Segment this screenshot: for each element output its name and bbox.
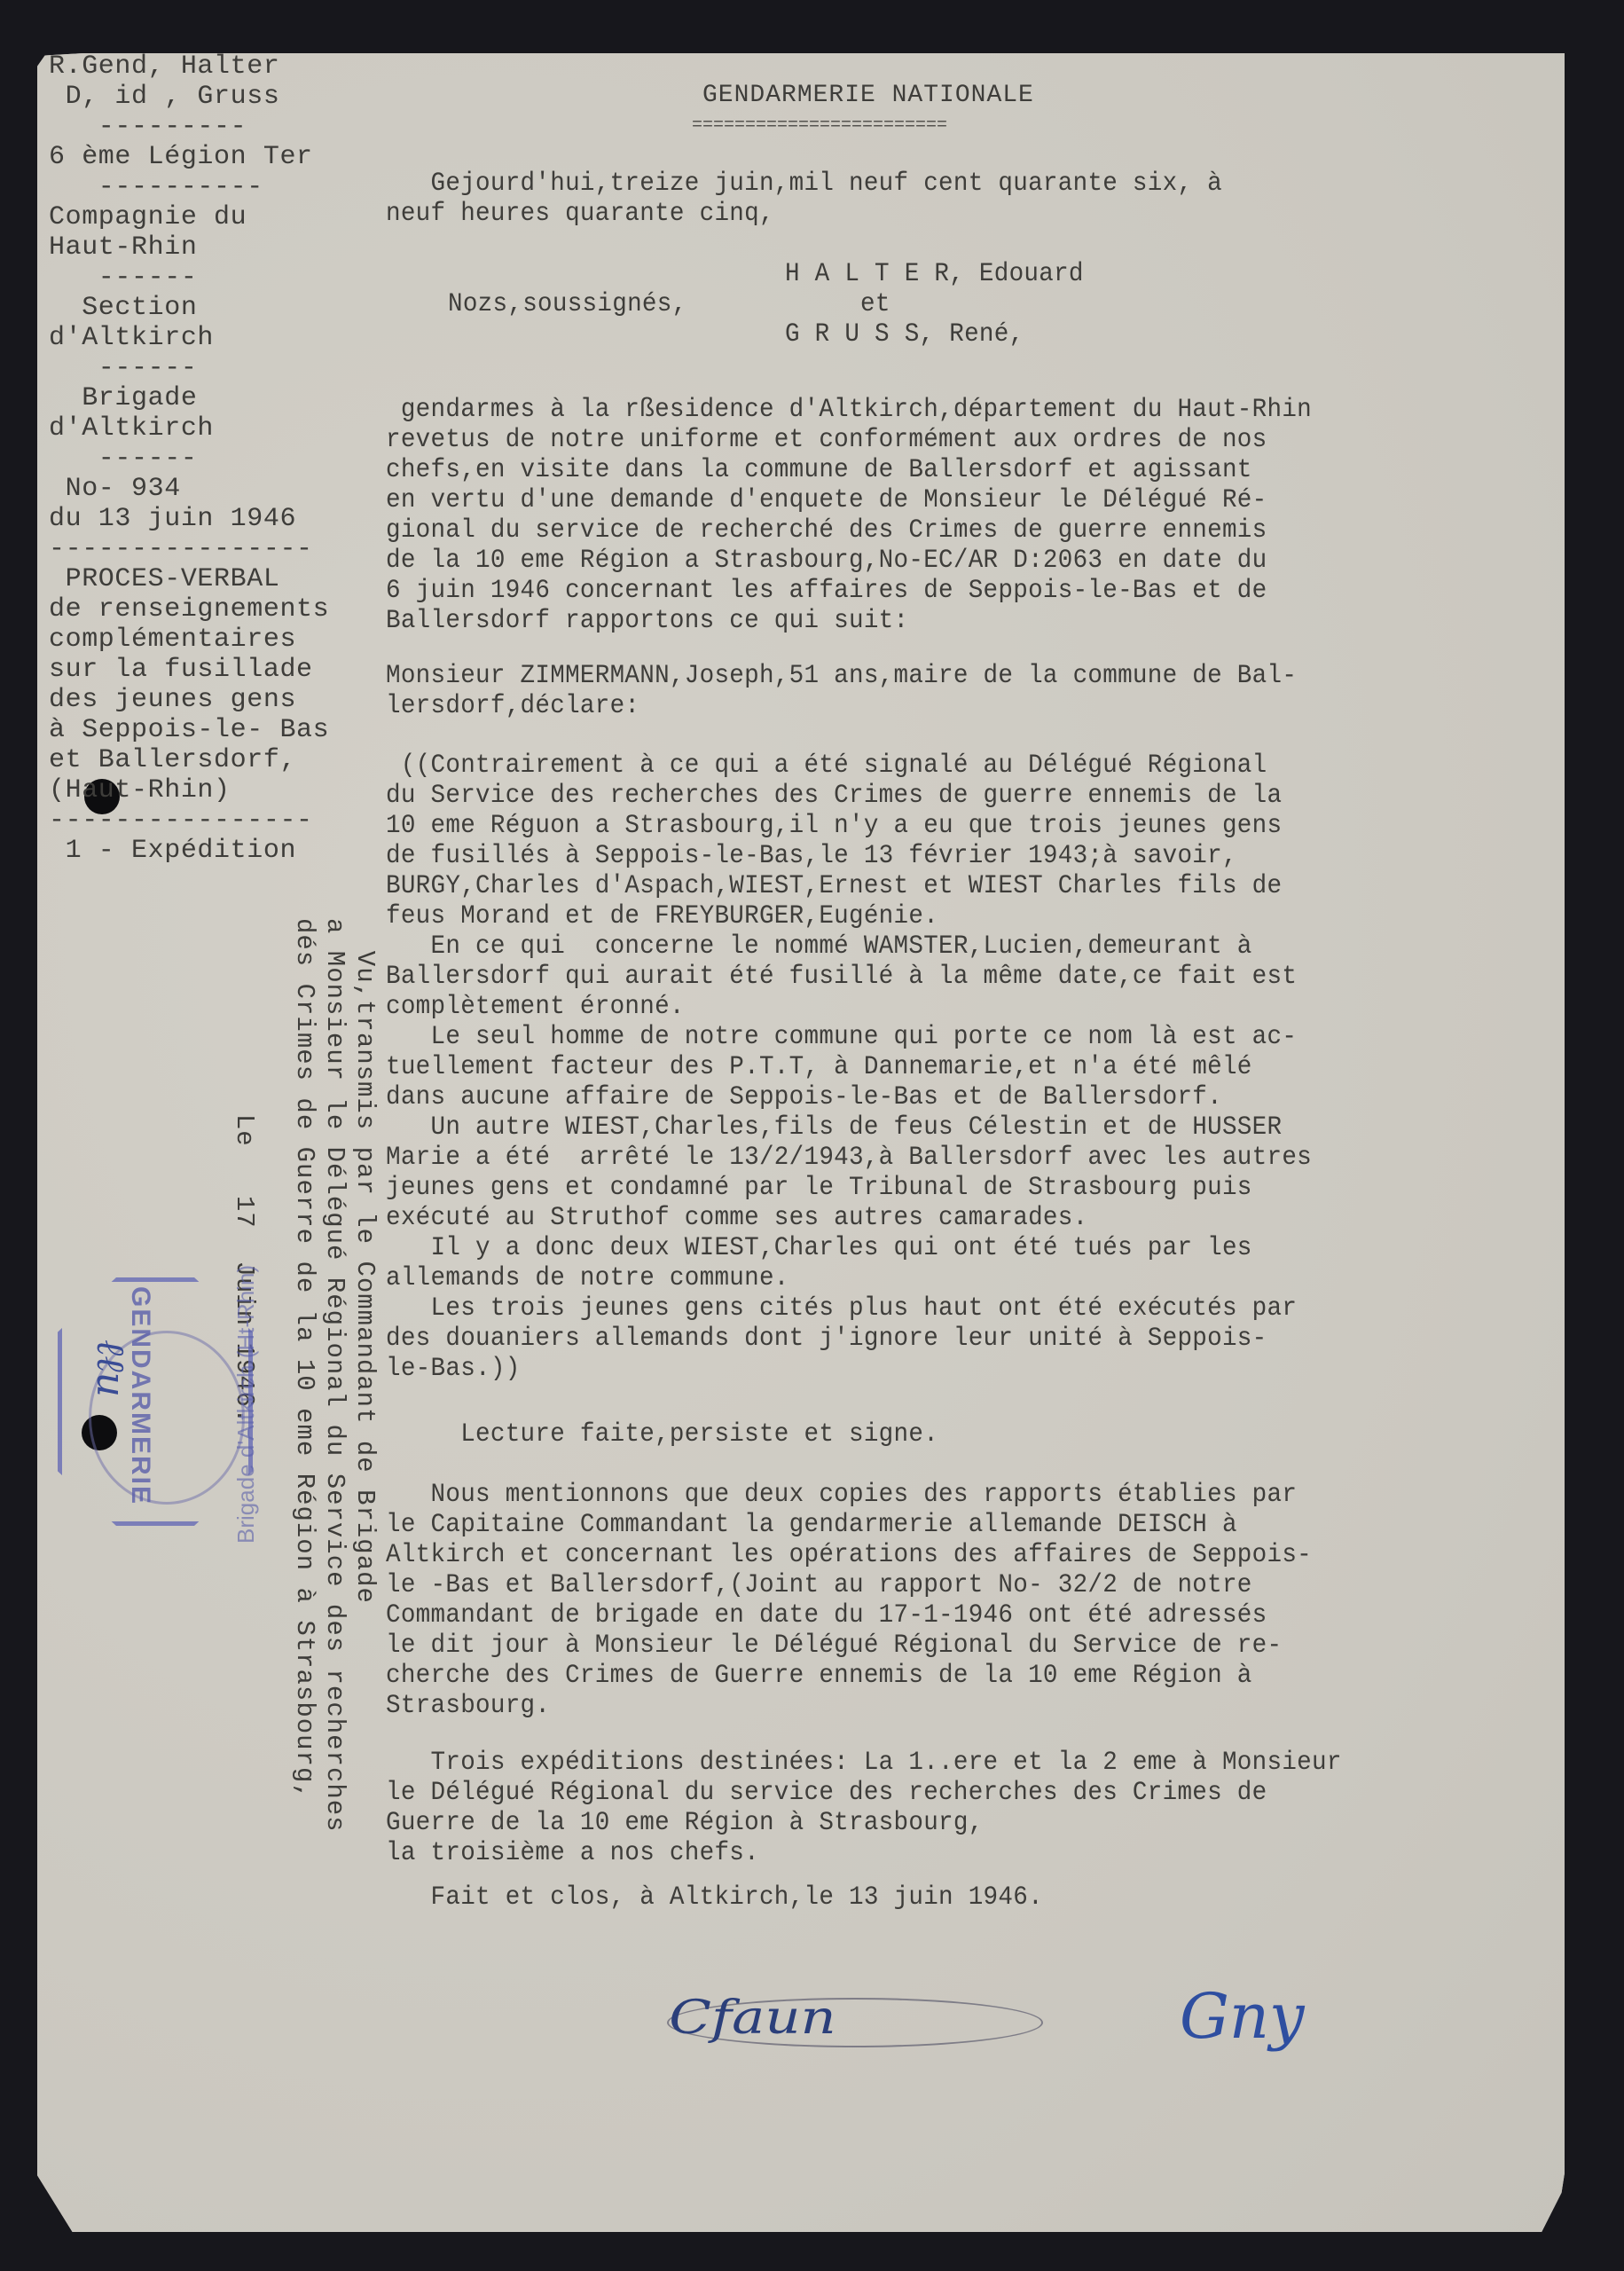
body-line: Monsieur ZIMMERMANN,Joseph,51 ans,maire … bbox=[386, 661, 1297, 691]
left-margin-line: PROCES-VERBAL bbox=[49, 564, 329, 594]
body-line: Fait et clos, à Altkirch,le 13 juin 1946… bbox=[386, 1882, 1043, 1913]
left-margin-line: ------ bbox=[49, 353, 329, 383]
left-margin-line: D, id , Gruss bbox=[49, 82, 329, 112]
left-margin-line: 1 - Expédition bbox=[49, 836, 329, 866]
body-line: complètement éronné. bbox=[386, 992, 685, 1022]
left-margin-line: R.Gend, Halter bbox=[49, 51, 329, 82]
body-line: Le seul homme de notre commune qui porte… bbox=[386, 1022, 1297, 1052]
left-margin-line: 6 ème Légion Ter bbox=[49, 142, 329, 172]
signature-halter: Cfaun bbox=[669, 1992, 836, 2045]
body-line: ((Contrairement à ce qui a été signalé a… bbox=[386, 750, 1267, 781]
left-margin-line: d'Altkirch bbox=[49, 413, 329, 444]
body-line: Altkirch et concernant les opérations de… bbox=[386, 1540, 1312, 1570]
body-line: le-Bas.)) bbox=[386, 1354, 521, 1384]
body-line: gendarmes à la rßesidence d'Altkirch,dép… bbox=[386, 395, 1312, 425]
intro-line-2: neuf heures quarante cinq, bbox=[386, 199, 774, 229]
left-margin-line: complémentaires bbox=[49, 625, 329, 655]
body-line: Trois expéditions destinées: La 1..ere e… bbox=[386, 1748, 1342, 1778]
body-line: la troisième a nos chefs. bbox=[386, 1838, 759, 1868]
body-line: Ballersdorf rapportons ce qui suit: bbox=[386, 606, 908, 636]
body-line: En ce qui concerne le nommé WAMSTER,Luci… bbox=[386, 931, 1252, 962]
margin-annotation-line bbox=[259, 918, 289, 1833]
left-margin-line: sur la fusillade bbox=[49, 655, 329, 685]
body-line: Les trois jeunes gens cités plus haut on… bbox=[386, 1293, 1297, 1324]
left-margin-line: Brigade bbox=[49, 383, 329, 413]
body-line: Strasbourg. bbox=[386, 1691, 550, 1721]
stamp-signature: ℓℓu bbox=[88, 1340, 133, 1397]
body-line: allemands de notre commune. bbox=[386, 1263, 789, 1293]
stamp-text-bottom: Brigade d'Altkirch (Ht-Rhin) bbox=[232, 1265, 260, 1544]
margin-annotation-line: Vu,transmis par le Commandant de Brigade bbox=[349, 918, 380, 1833]
body-line: exécuté au Struthof comme ses autres cam… bbox=[386, 1203, 1087, 1233]
left-margin-line: ---------------- bbox=[49, 534, 329, 564]
left-margin-line: et Ballersdorf, bbox=[49, 745, 329, 775]
undersigned-name-2: G R U S S, René, bbox=[785, 319, 1024, 350]
body-line: Guerre de la 10 eme Région à Strasbourg, bbox=[386, 1808, 984, 1838]
body-line: gional du service de recherché des Crime… bbox=[386, 515, 1267, 546]
undersigned-label: Nozs,soussignés, bbox=[448, 289, 686, 319]
body-line: tuellement facteur des P.T.T, à Dannemar… bbox=[386, 1052, 1252, 1082]
margin-annotation-line: dés Crimes de Guerre de la 10 eme Région… bbox=[289, 918, 319, 1833]
left-margin-line: de renseignements bbox=[49, 594, 329, 625]
body-line: Lecture faite,persiste et signe. bbox=[386, 1419, 938, 1450]
body-line: Commandant de brigade en date du 17-1-19… bbox=[386, 1600, 1267, 1631]
left-margin-line: --------- bbox=[49, 112, 329, 142]
body-line: Un autre WIEST,Charles,fils de feus Céle… bbox=[386, 1112, 1282, 1143]
body-line: le Capitaine Commandant la gendarmerie a… bbox=[386, 1510, 1237, 1540]
left-margin-line: ------ bbox=[49, 444, 329, 474]
body-line: en vertu d'une demande d'enquete de Mons… bbox=[386, 485, 1267, 515]
body-line: revetus de notre uniforme et conformémen… bbox=[386, 425, 1267, 455]
body-line: le Délégué Régional du service des reche… bbox=[386, 1778, 1267, 1808]
body-line: feus Morand et de FREYBURGER,Eugénie. bbox=[386, 901, 938, 931]
body-line: lersdorf,déclare: bbox=[386, 691, 639, 721]
body-line: chefs,en visite dans la commune de Balle… bbox=[386, 455, 1252, 485]
undersigned-conjunction: et bbox=[860, 289, 890, 319]
left-margin-line: No- 934 bbox=[49, 474, 329, 504]
left-margin-line: ------ bbox=[49, 263, 329, 293]
left-margin-line: Compagnie du bbox=[49, 202, 329, 232]
left-margin-line: ---------- bbox=[49, 172, 329, 202]
body-line: cherche des Crimes de Guerre ennemis de … bbox=[386, 1661, 1252, 1691]
body-line: le -Bas et Ballersdorf,(Joint au rapport… bbox=[386, 1570, 1252, 1600]
left-margin-header: R.Gend, Halter D, id , Gruss ---------6 … bbox=[49, 51, 329, 866]
body-line: Nous mentionnons que deux copies des rap… bbox=[386, 1480, 1297, 1510]
left-margin-line: à Seppois-le- Bas bbox=[49, 715, 329, 745]
signature-gruss: Gny bbox=[1180, 1980, 1305, 2053]
body-line: des douaniers allemands dont j'ignore le… bbox=[386, 1324, 1267, 1354]
body-line: Marie a été arrêté le 13/2/1943,à Baller… bbox=[386, 1143, 1312, 1173]
body-line: Ballersdorf qui aurait été fusillé à la … bbox=[386, 962, 1297, 992]
left-margin-line: d'Altkirch bbox=[49, 323, 329, 353]
intro-line-1: Gejourd'hui,treize juin,mil neuf cent qu… bbox=[386, 169, 1222, 199]
left-margin-line: (Haut-Rhin) bbox=[49, 775, 329, 805]
body-line: jeunes gens et condamné par le Tribunal … bbox=[386, 1173, 1252, 1203]
document-title: GENDARMERIE NATIONALE bbox=[702, 82, 1034, 109]
left-margin-line: Section bbox=[49, 293, 329, 323]
body-line: Il y a donc deux WIEST,Charles qui ont é… bbox=[386, 1233, 1252, 1263]
title-underline: ======================== bbox=[692, 115, 947, 136]
margin-annotation-line: a Monsieur le Délégué Régional du Servic… bbox=[319, 918, 349, 1833]
body-line: du Service des recherches des Crimes de … bbox=[386, 781, 1282, 811]
body-line: le dit jour à Monsieur le Délégué Région… bbox=[386, 1631, 1282, 1661]
left-margin-line: ---------------- bbox=[49, 805, 329, 836]
body-line: 6 juin 1946 concernant les affaires de S… bbox=[386, 576, 1267, 606]
left-margin-line: Haut-Rhin bbox=[49, 232, 329, 263]
body-line: dans aucune affaire de Seppois-le-Bas et… bbox=[386, 1082, 1222, 1112]
body-line: 10 eme Réguon a Strasbourg,il n'y a eu q… bbox=[386, 811, 1282, 841]
undersigned-name-1: H A L T E R, Edouard bbox=[785, 259, 1084, 289]
body-line: de fusillés à Seppois-le-Bas,le 13 févri… bbox=[386, 841, 1237, 871]
body-line: BURGY,Charles d'Aspach,WIEST,Ernest et W… bbox=[386, 871, 1282, 901]
body-line: de la 10 eme Région a Strasbourg,No-EC/A… bbox=[386, 546, 1267, 576]
left-margin-line: du 13 juin 1946 bbox=[49, 504, 329, 534]
left-margin-line: des jeunes gens bbox=[49, 685, 329, 715]
